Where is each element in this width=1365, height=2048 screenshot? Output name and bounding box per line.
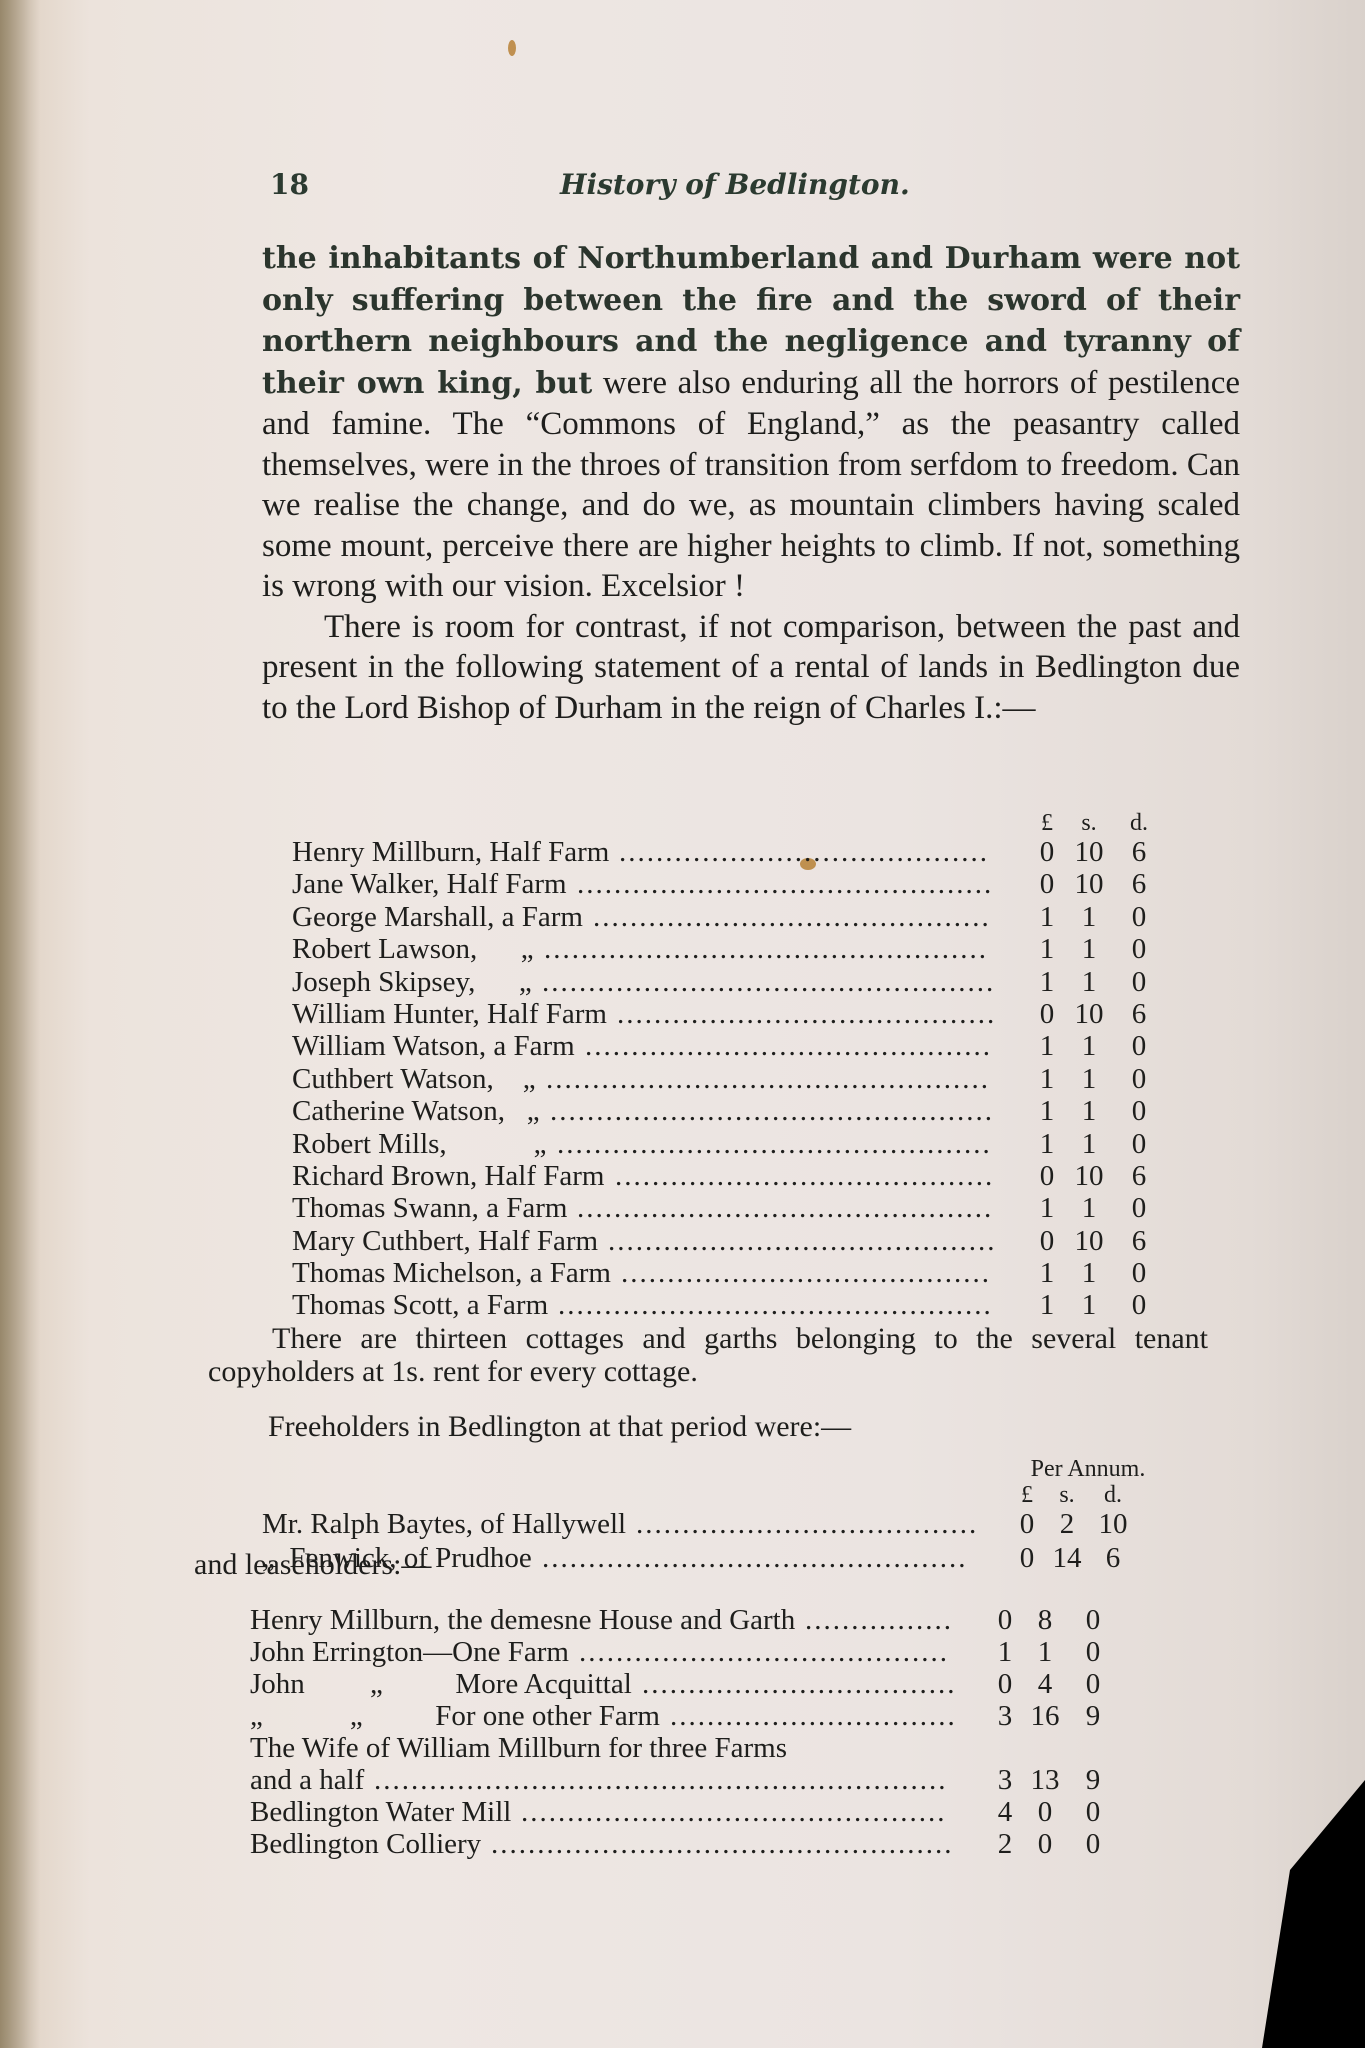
row-name: George Marshall, a Farm <box>292 901 583 934</box>
amount-pence: 10 <box>1088 1508 1138 1541</box>
table-row: John Errington—One Farm.................… <box>250 1636 1150 1668</box>
row-name: Thomas Swann, a Farm <box>292 1192 567 1225</box>
table-row: Bedlington Water Mill...................… <box>250 1796 1150 1828</box>
dot-leader: ........................................… <box>557 1128 1008 1161</box>
row-name: „ „ For one other Farm <box>250 1700 660 1733</box>
amount-shillings: 1 <box>1064 966 1114 999</box>
row-name: William Hunter, Half Farm <box>292 998 607 1031</box>
freeholders-column-headers: £ s. d. <box>262 1482 1142 1508</box>
dot-leader: ........................................ <box>621 1257 1008 1290</box>
table-row: William Hunter, Half Farm...............… <box>292 998 1172 1030</box>
amount-pence: 6 <box>1114 868 1164 901</box>
amount-shillings: 1 <box>1064 933 1114 966</box>
dot-leader: ..................................... <box>636 1508 988 1541</box>
table-row: Thomas Michelson, a Farm................… <box>292 1257 1172 1289</box>
amount-shillings: 1 <box>1064 1289 1114 1322</box>
amount-pence: 0 <box>1114 901 1164 934</box>
amount-pence: 9 <box>1068 1764 1118 1797</box>
table-row: and a half..............................… <box>250 1764 1150 1796</box>
amount-shillings: 4 <box>1020 1668 1070 1701</box>
amount-shillings: 0 <box>1020 1828 1070 1861</box>
paragraph-1: the inhabitants of Northumberland and Du… <box>262 238 1240 607</box>
table-row: John „ More Acquittal...................… <box>250 1668 1150 1700</box>
amount-pence: 6 <box>1114 998 1164 1031</box>
table-row: Henry Millburn, Half Farm...............… <box>292 836 1172 868</box>
table-row: Cuthbert Watson, „......................… <box>292 1063 1172 1095</box>
row-name: Thomas Scott, a Farm <box>292 1289 548 1322</box>
amount-pence: 0 <box>1114 1095 1164 1128</box>
table-row: Robert Lawson, „........................… <box>292 933 1172 965</box>
amount-shillings: 10 <box>1064 836 1114 869</box>
amount-shillings: 14 <box>1042 1542 1092 1575</box>
amount-pence: 0 <box>1068 1636 1118 1669</box>
amount-shillings: 1 <box>1064 1257 1114 1290</box>
row-name: William Watson, a Farm <box>292 1030 575 1063</box>
amount-shillings: 1 <box>1064 1063 1114 1096</box>
amount-pence: 0 <box>1068 1796 1118 1829</box>
book-page: 18 History of Bedlington. the inhabitant… <box>0 0 1365 2048</box>
amount-shillings: 1 <box>1064 1192 1114 1225</box>
amount-shillings: 10 <box>1064 868 1114 901</box>
amount-pence: 9 <box>1068 1700 1118 1733</box>
amount-shillings: 10 <box>1064 1160 1114 1193</box>
dot-leader: ........................................… <box>546 1063 1008 1096</box>
dot-leader: ........................................ <box>579 1636 966 1669</box>
table-row: Thomas Swann, a Farm....................… <box>292 1192 1172 1224</box>
rental-table: £ s. d. Henry Millburn, Half Farm.......… <box>292 810 1172 1322</box>
row-name: Catherine Watson, „ <box>292 1095 540 1128</box>
dot-leader: ........................................… <box>521 1796 966 1829</box>
dot-leader: ........................................… <box>491 1828 966 1861</box>
amount-pence: 0 <box>1114 933 1164 966</box>
rental-column-headers: £ s. d. <box>292 810 1172 836</box>
row-name: Robert Lawson, „ <box>292 933 534 966</box>
amount-pence: 6 <box>1114 1225 1164 1258</box>
amount-pence: 0 <box>1114 966 1164 999</box>
amount-pence: 0 <box>1068 1668 1118 1701</box>
table-row: The Wife of William Millburn for three F… <box>250 1732 1150 1764</box>
table-row: Mr. Ralph Baytes, of Hallywell..........… <box>262 1508 1142 1542</box>
row-name: Jane Walker, Half Farm <box>292 868 567 901</box>
row-name: Joseph Skipsey, „ <box>292 966 532 999</box>
dot-leader: .................................. <box>642 1668 966 1701</box>
paragraph-2: There is room for contrast, if not compa… <box>262 607 1240 729</box>
dot-leader: ........................................… <box>608 1225 1008 1258</box>
foxing-stain <box>508 40 516 56</box>
amount-shillings: 13 <box>1020 1764 1070 1797</box>
running-title: History of Bedlington. <box>560 168 910 201</box>
per-annum-heading: Per Annum. <box>262 1456 1142 1482</box>
amount-pence: 0 <box>1114 1128 1164 1161</box>
table-row: Bedlington Colliery.....................… <box>250 1828 1150 1860</box>
row-name: Robert Mills, „ <box>292 1128 547 1161</box>
dot-leader: ........................................… <box>544 933 1008 966</box>
row-name: Henry Millburn, Half Farm <box>292 836 609 869</box>
table-row: Catherine Watson, „.....................… <box>292 1095 1172 1127</box>
amount-shillings: 16 <box>1020 1700 1070 1733</box>
amount-pence: 0 <box>1114 1257 1164 1290</box>
amount-pence: 0 <box>1114 1063 1164 1096</box>
amount-shillings: 1 <box>1064 1128 1114 1161</box>
amount-pence: 6 <box>1114 836 1164 869</box>
table-row: „ „ For one other Farm..................… <box>250 1700 1150 1732</box>
dot-leader: ........................................… <box>577 1192 1008 1225</box>
row-name: Bedlington Water Mill <box>250 1796 511 1829</box>
dot-leader: ........................................… <box>617 998 1008 1031</box>
table-row: William Watson, a Farm..................… <box>292 1030 1172 1062</box>
dot-leader: ............................... <box>670 1700 966 1733</box>
amount-shillings: 1 <box>1020 1636 1070 1669</box>
row-name: Thomas Michelson, a Farm <box>292 1257 611 1290</box>
dot-leader: ........................................… <box>542 966 1008 999</box>
leaseholders-table: Henry Millburn, the demesne House and Ga… <box>250 1604 1150 1860</box>
amount-shillings: 10 <box>1064 1225 1114 1258</box>
amount-pence: 0 <box>1114 1289 1164 1322</box>
amount-pence: 0 <box>1114 1030 1164 1063</box>
amount-shillings: 1 <box>1064 901 1114 934</box>
row-name: Henry Millburn, the demesne House and Ga… <box>250 1604 795 1637</box>
row-name: The Wife of William Millburn for three F… <box>250 1732 787 1765</box>
row-name: Mary Cuthbert, Half Farm <box>292 1225 598 1258</box>
row-name: Bedlington Colliery <box>250 1828 481 1861</box>
table-row: Joseph Skipsey, „.......................… <box>292 966 1172 998</box>
row-name: Richard Brown, Half Farm <box>292 1160 605 1193</box>
dot-leader: ................ <box>805 1604 966 1637</box>
amount-shillings: 1 <box>1064 1095 1114 1128</box>
row-name: and a half <box>250 1764 364 1797</box>
dot-leader: ........................................… <box>577 868 1008 901</box>
dot-leader: ........................................… <box>550 1095 1008 1128</box>
amount-pence: 0 <box>1068 1828 1118 1861</box>
page-header: 18 History of Bedlington. <box>270 168 950 208</box>
amount-pence: 6 <box>1088 1542 1138 1575</box>
dot-leader: ........................................… <box>615 1160 1008 1193</box>
body-text: the inhabitants of Northumberland and Du… <box>262 238 1240 728</box>
amount-pence: 0 <box>1114 1192 1164 1225</box>
table-row: Henry Millburn, the demesne House and Ga… <box>250 1604 1150 1636</box>
row-name: John „ More Acquittal <box>250 1668 632 1701</box>
cottages-note: There are thirteen cottages and garths b… <box>208 1322 1208 1388</box>
table-row: Mary Cuthbert, Half Farm................… <box>292 1225 1172 1257</box>
dot-leader: ........................................… <box>585 1030 1008 1063</box>
dot-leader: ........................................… <box>558 1289 1008 1322</box>
row-name: Mr. Ralph Baytes, of Hallywell <box>262 1508 626 1541</box>
table-row: George Marshall, a Farm.................… <box>292 901 1172 933</box>
dot-leader: ........................................… <box>374 1764 966 1797</box>
table-row: Richard Brown, Half Farm................… <box>292 1160 1172 1192</box>
table-row: Robert Mills, „.........................… <box>292 1128 1172 1160</box>
table-row: Thomas Scott, a Farm....................… <box>292 1289 1172 1321</box>
amount-shillings: 8 <box>1020 1604 1070 1637</box>
dot-leader: ........................................ <box>619 836 1008 869</box>
amount-pence: 6 <box>1114 1160 1164 1193</box>
dot-leader: ........................................… <box>542 1542 988 1575</box>
amount-shillings: 10 <box>1064 998 1114 1031</box>
amount-shillings: 0 <box>1020 1796 1070 1829</box>
page-number: 18 <box>270 168 309 201</box>
freeholders-intro: Freeholders in Bedlington at that period… <box>268 1410 851 1443</box>
row-name: John Errington—One Farm <box>250 1636 569 1669</box>
table-row: Jane Walker, Half Farm..................… <box>292 868 1172 900</box>
row-name: Cuthbert Watson, „ <box>292 1063 536 1096</box>
amount-pence: 0 <box>1068 1604 1118 1637</box>
amount-shillings: 1 <box>1064 1030 1114 1063</box>
dot-leader: ........................................… <box>593 901 1008 934</box>
leaseholders-intro: and leaseholders:— <box>194 1548 431 1581</box>
amount-shillings: 2 <box>1042 1508 1092 1541</box>
